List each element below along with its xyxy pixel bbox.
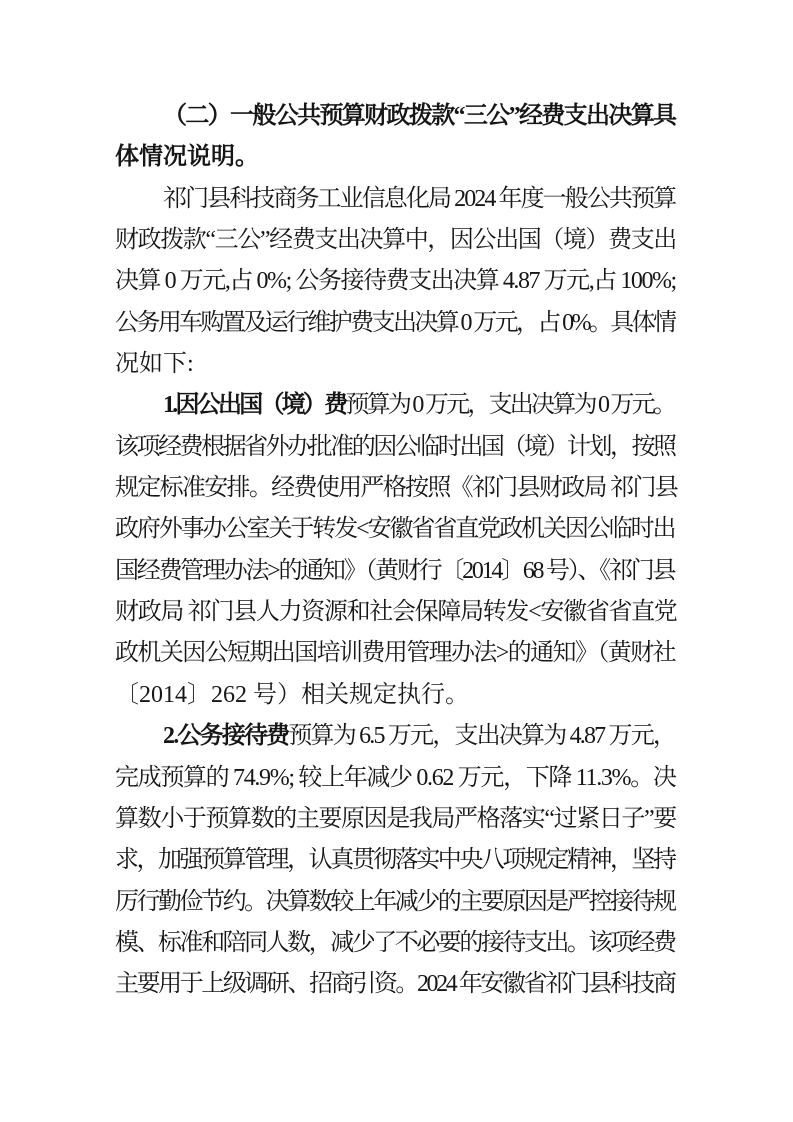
- text-run: 财政拨款“三公”经费支出决算中，因公出国（境）费支出: [115, 227, 676, 253]
- body-line: 主要用于上级调研、招商引资。2024 年安徽省祁门县科技商: [115, 964, 677, 1005]
- text-run: 决算 0 万元,占 0%; 公务接待费支出决算 4.87 万元,占 100%;: [115, 268, 676, 294]
- text-run: 政府外事办公室关于转发<安徽省省直党政机关因公临时出: [115, 516, 674, 542]
- text-run: 祁门县科技商务工业信息化局 2024 年度一般公共预算: [163, 186, 675, 212]
- body-line: 1.因公出国（境）费预算为 0 万元，支出决算为 0 万元。: [115, 385, 677, 426]
- body-line: 财政局 祁门县人力资源和社会保障局转发<安徽省省直党: [115, 592, 677, 633]
- text-run: 主要用于上级调研、招商引资。2024 年安徽省祁门县科技商: [115, 971, 675, 997]
- bold-text-run: 1.因公出国（境）费: [163, 392, 345, 418]
- bold-text-run: 2.公务接待费: [163, 723, 288, 749]
- body-line: 2.公务接待费预算为 6.5 万元，支出决算为 4.87 万元，: [115, 716, 677, 757]
- body-line: 该项经费根据省外办批准的因公临时出国（境）计划，按照: [115, 427, 677, 468]
- text-run: 〔2014〕262 号）相关规定执行。: [115, 682, 469, 708]
- body-line: 算数小于预算数的主要原因是我局严格落实“过紧日子”要: [115, 799, 677, 840]
- overview-paragraph: 祁门县科技商务工业信息化局 2024 年度一般公共预算财政拨款“三公”经费支出决…: [115, 179, 677, 386]
- body-line: 公务用车购置及运行维护费支出决算 0 万元，占 0%。具体情: [115, 303, 677, 344]
- text-run: 完成预算的 74.9%; 较上年减少 0.62 万元，下降 11.3%。决: [115, 765, 676, 791]
- text-run: 该项经费根据省外办批准的因公临时出国（境）计划，按照: [115, 434, 675, 460]
- body-line: 财政拨款“三公”经费支出决算中，因公出国（境）费支出: [115, 220, 677, 261]
- body-line: 完成预算的 74.9%; 较上年减少 0.62 万元，下降 11.3%。决: [115, 758, 677, 799]
- body-line: 求，加强预算管理，认真贯彻落实中央八项规定精神，坚持: [115, 840, 677, 881]
- body-line: 国经费管理办法>的通知》（黄财行〔2014〕68 号）、《祁门县: [115, 551, 677, 592]
- text-run: 国经费管理办法>的通知》（黄财行〔2014〕68 号）、《祁门县: [115, 558, 674, 584]
- text-run: 财政局 祁门县人力资源和社会保障局转发<安徽省省直党: [115, 599, 676, 625]
- body-line: 政府外事办公室关于转发<安徽省省直党政机关因公临时出: [115, 509, 677, 550]
- body-line: 政机关因公短期出国培训费用管理办法>的通知》（黄财社: [115, 633, 677, 674]
- text-run: 况如下:: [115, 351, 194, 377]
- text-run: 预算为 0 万元，支出决算为 0 万元。: [345, 392, 674, 418]
- text-run: 求，加强预算管理，认真贯彻落实中央八项规定精神，坚持: [115, 847, 675, 873]
- text-run: 预算为 6.5 万元，支出决算为 4.87 万元，: [288, 723, 675, 749]
- text-run: 规定标准安排。经费使用严格按照《祁门县财政局 祁门县: [115, 475, 677, 501]
- text-run: 公务用车购置及运行维护费支出决算 0 万元，占 0%。具体情: [115, 310, 674, 336]
- item-1-abroad-expense-paragraph: 1.因公出国（境）费预算为 0 万元，支出决算为 0 万元。该项经费根据省外办批…: [115, 385, 677, 716]
- body-line: 厉行勤俭节约。决算数较上年减少的主要原因是严控接待规: [115, 882, 677, 923]
- heading-line: （二）一般公共预算财政拨款“三公”经费支出决算具: [115, 96, 677, 137]
- body-line: 模、标准和陪同人数，减少了不必要的接待支出。该项经费: [115, 923, 677, 964]
- document-page: （二）一般公共预算财政拨款“三公”经费支出决算具体情况说明。祁门县科技商务工业信…: [0, 0, 793, 1122]
- heading-line: 体情况说明。: [115, 137, 677, 178]
- bold-text-run: 体情况说明。: [115, 144, 259, 170]
- text-run: 模、标准和陪同人数，减少了不必要的接待支出。该项经费: [115, 930, 675, 956]
- body-line: 况如下:: [115, 344, 677, 385]
- item-2-reception-expense-paragraph: 2.公务接待费预算为 6.5 万元，支出决算为 4.87 万元，完成预算的 74…: [115, 716, 677, 1005]
- body-line: 〔2014〕262 号）相关规定执行。: [115, 675, 677, 716]
- section-heading: （二）一般公共预算财政拨款“三公”经费支出决算具体情况说明。: [115, 96, 677, 179]
- body-line: 规定标准安排。经费使用严格按照《祁门县财政局 祁门县: [115, 468, 677, 509]
- text-run: 算数小于预算数的主要原因是我局严格落实“过紧日子”要: [115, 806, 676, 832]
- body-line: 祁门县科技商务工业信息化局 2024 年度一般公共预算: [115, 179, 677, 220]
- text-run: 厉行勤俭节约。决算数较上年减少的主要原因是严控接待规: [115, 889, 675, 915]
- bold-text-run: （二）一般公共预算财政拨款“三公”经费支出决算具: [163, 103, 675, 129]
- document-body: （二）一般公共预算财政拨款“三公”经费支出决算具体情况说明。祁门县科技商务工业信…: [115, 96, 677, 1006]
- body-line: 决算 0 万元,占 0%; 公务接待费支出决算 4.87 万元,占 100%;: [115, 261, 677, 302]
- text-run: 政机关因公短期出国培训费用管理办法>的通知》（黄财社: [115, 640, 675, 666]
